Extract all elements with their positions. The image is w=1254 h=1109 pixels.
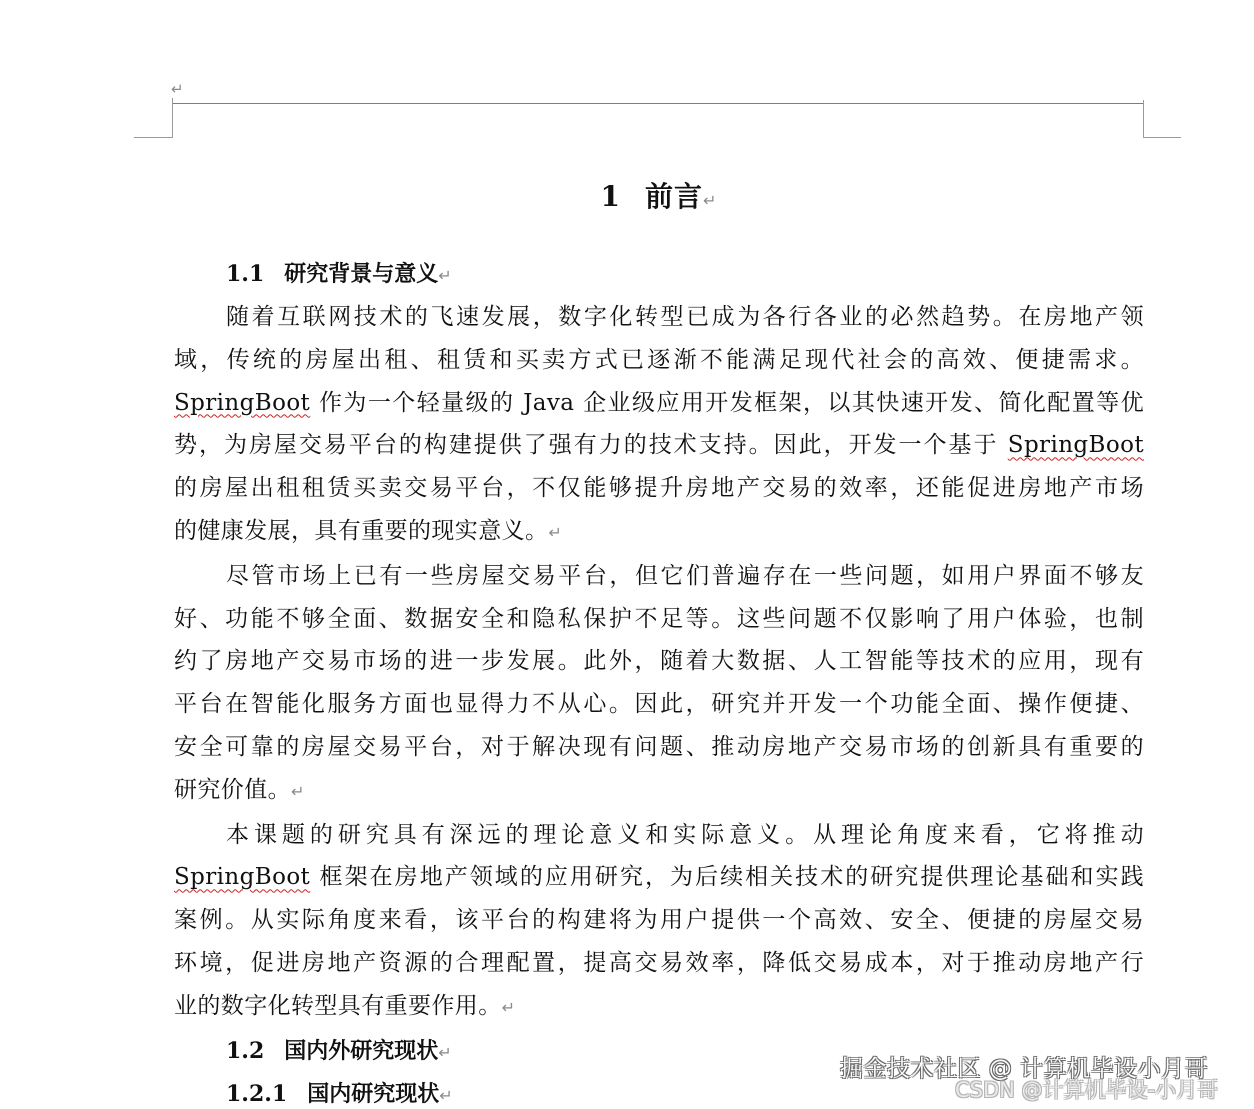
section-title: 国内研究现状 — [307, 1081, 439, 1107]
paragraph-mark-icon: ↵ — [438, 266, 451, 285]
text-line: 业的数字化转型具有重要作用。↵ — [174, 985, 1144, 1030]
section-title: 研究背景与意义 — [284, 261, 438, 287]
body-paragraph-3: 本课题的研究具有深远的理论意义和实际意义。从理论角度来看，它将推动 Spring… — [174, 814, 1144, 1030]
paragraph-mark-icon: ↵ — [502, 998, 516, 1017]
text-line: 的房屋出租租赁买卖交易平台，不仅能够提升房地产交易的效率，还能促进房地产市场 — [174, 467, 1144, 510]
text-line: 约了房地产交易市场的进一步发展。此外，随着大数据、人工智能等技术的应用，现有 — [174, 640, 1144, 683]
text-line: 的健康发展，具有重要的现实意义。↵ — [174, 510, 1144, 555]
header-paragraph-mark-icon: ↵ — [171, 80, 184, 98]
text-line: SpringBoot 框架在房地产领域的应用研究，为后续相关技术的研究提供理论基… — [174, 856, 1144, 899]
text-line: 尽管市场上已有一些房屋交易平台，但它们普遍存在一些问题，如用户界面不够友 — [174, 555, 1144, 598]
text-line: 研究价值。↵ — [174, 769, 1144, 814]
paragraph-mark-icon: ↵ — [291, 782, 305, 801]
text-line: 安全可靠的房屋交易平台，对于解决现有问题、推动房地产交易市场的创新具有重要的 — [174, 726, 1144, 769]
text-line: 案例。从实际角度来看，该平台的构建将为用户提供一个高效、安全、便捷的房屋交易 — [174, 899, 1144, 942]
crop-mark-right-vertical — [1143, 100, 1144, 138]
text-line: SpringBoot 作为一个轻量级的 Java 企业级应用开发框架，以其快速开… — [174, 382, 1144, 425]
paragraph-mark-icon: ↵ — [548, 523, 562, 542]
text-line: 环境，促进房地产资源的合理配置，提高交易效率，降低交易成本，对于推动房地产行 — [174, 942, 1144, 985]
body-paragraph-1: 随着互联网技术的飞速发展，数字化转型已成为各行各业的必然趋势。在房地产领 域，传… — [174, 296, 1144, 555]
text-line: 本课题的研究具有深远的理论意义和实际意义。从理论角度来看，它将推动 — [174, 814, 1144, 857]
chapter-title: 1前言↵ — [174, 172, 1144, 222]
text-line: 势，为房屋交易平台的构建提供了强有力的技术支持。因此，开发一个基于 Spring… — [174, 424, 1144, 467]
section-number: 1.2 — [226, 1030, 264, 1073]
text-line: 好、功能不够全面、数据安全和隐私保护不足等。这些问题不仅影响了用户体验，也制 — [174, 598, 1144, 641]
text-line: 平台在智能化服务方面也显得力不从心。因此，研究并开发一个功能全面、操作便捷、 — [174, 683, 1144, 726]
chapter-number: 1 — [601, 180, 621, 213]
section-heading-1-1: 1.1研究背景与意义↵ — [174, 253, 1144, 296]
crop-mark-right-horizontal — [1143, 137, 1181, 138]
header-rule — [173, 103, 1144, 104]
crop-mark-left-horizontal — [134, 137, 173, 138]
text-line: 域，传统的房屋出租、租赁和买卖方式已逐渐不能满足现代社会的高效、便捷需求。 — [174, 339, 1144, 382]
document-page: ↵ 1前言↵ 1.1研究背景与意义↵ 随着互联网技术的飞速发展，数字化转型已成为… — [0, 0, 1254, 1109]
body-paragraph-2: 尽管市场上已有一些房屋交易平台，但它们普遍存在一些问题，如用户界面不够友 好、功… — [174, 555, 1144, 814]
section-number: 1.1 — [226, 253, 264, 296]
section-title: 国内外研究现状 — [284, 1038, 438, 1064]
text-line: 随着互联网技术的飞速发展，数字化转型已成为各行各业的必然趋势。在房地产领 — [174, 296, 1144, 339]
section-number: 1.2.1 — [226, 1073, 287, 1109]
chapter-title-text: 前言 — [645, 180, 703, 213]
paragraph-mark-icon: ↵ — [703, 191, 717, 210]
paragraph-mark-icon: ↵ — [438, 1043, 451, 1062]
document-body[interactable]: 1前言↵ 1.1研究背景与意义↵ 随着互联网技术的飞速发展，数字化转型已成为各行… — [174, 172, 1144, 1109]
paragraph-mark-icon: ↵ — [439, 1086, 452, 1105]
csdn-watermark: CSDN @计算机毕设-小月哥 — [955, 1074, 1218, 1104]
spellcheck-flagged-word[interactable]: SpringBoot — [1008, 432, 1144, 458]
crop-mark-left-vertical — [172, 98, 173, 138]
spellcheck-flagged-word[interactable]: SpringBoot — [174, 864, 310, 890]
spellcheck-flagged-word[interactable]: SpringBoot — [174, 390, 310, 416]
